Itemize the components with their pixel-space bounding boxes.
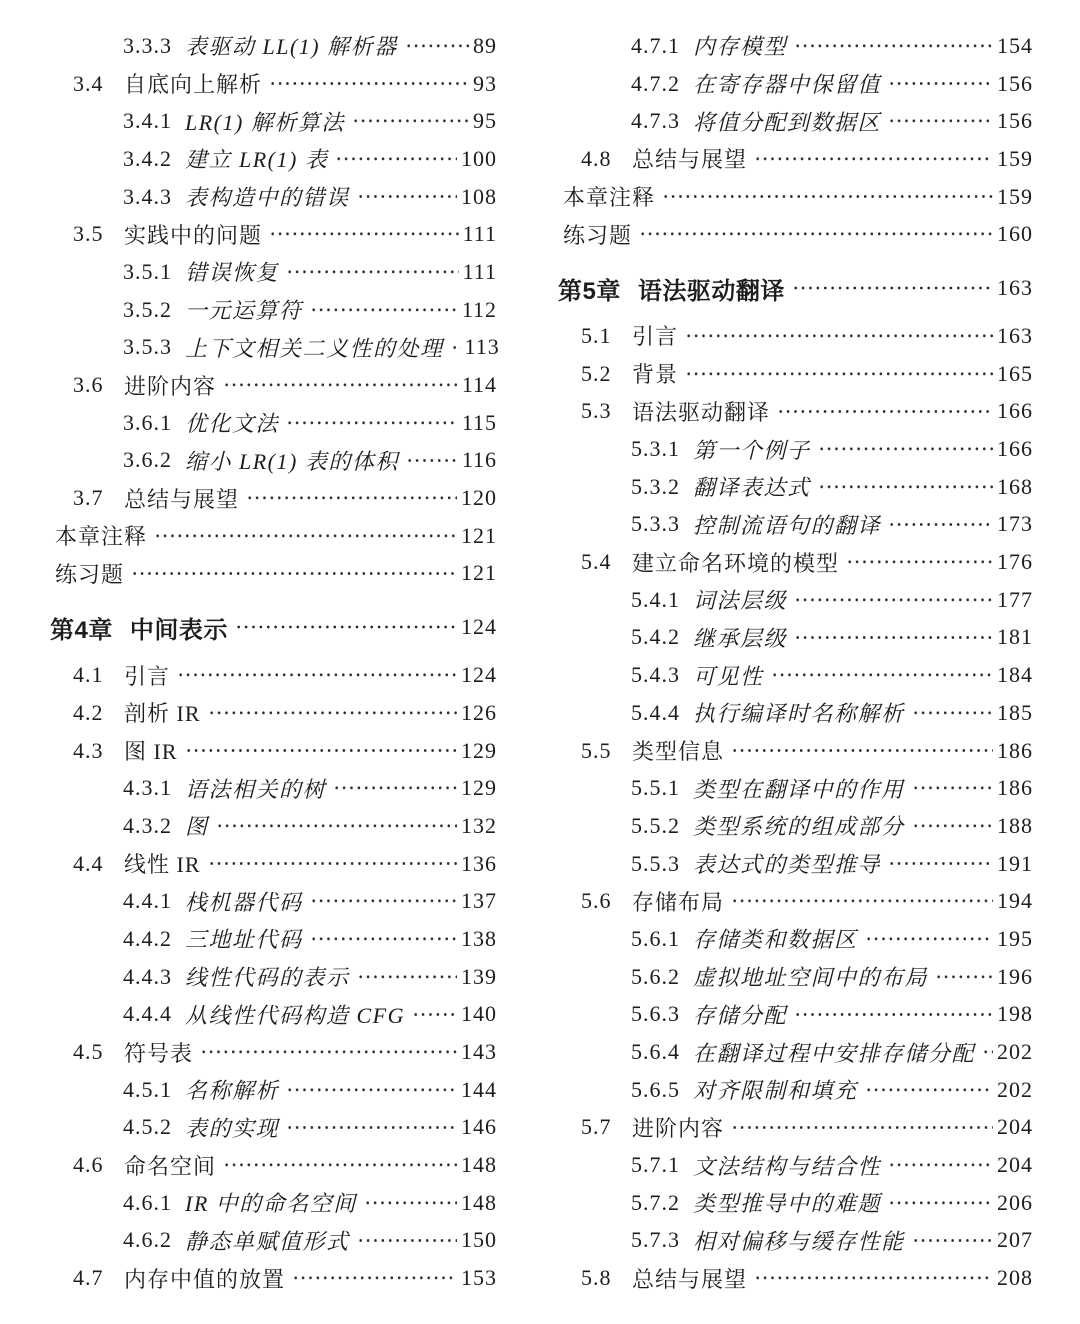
toc-entry-row: 4.7.1内存模型154 [558, 27, 1033, 65]
toc-entry-row: 3.6.2缩小 LR(1) 表的体积116 [50, 442, 497, 480]
entry-page-number: 160 [997, 221, 1033, 247]
toc-entry-row: 5.1引言163 [558, 317, 1033, 355]
entry-number: 5.4.3 [631, 662, 693, 688]
toc-entry-row: 4.4.1栈机器代码137 [50, 882, 497, 920]
entry-number: 4.6.1 [123, 1190, 185, 1216]
entry-page-number: 89 [473, 33, 497, 59]
entry-page-number: 204 [997, 1114, 1033, 1140]
dot-leader [771, 656, 993, 694]
entry-page-number: 186 [997, 775, 1033, 801]
entry-title: 线性代码的表示 [185, 961, 350, 992]
entry-page-number: 121 [461, 560, 497, 586]
toc-entry-row: 3.5.1错误恢复111 [50, 253, 497, 291]
entry-page-number: 132 [461, 813, 497, 839]
entry-title: 建立 LR(1) 表 [185, 143, 328, 174]
entry-title: 内存模型 [693, 30, 787, 61]
toc-column-left: 3.3.3表驱动 LL(1) 解析器893.4自底向上解析933.4.1LR(1… [50, 27, 497, 1297]
entry-title: 存储类和数据区 [693, 923, 858, 954]
toc-entry-row: 4.4.3线性代码的表示139 [50, 958, 497, 996]
entry-title: 本章注释 [563, 181, 655, 212]
entry-title: 虚拟地址空间中的布局 [693, 961, 928, 992]
entry-number: 5.6.5 [631, 1077, 693, 1103]
dot-leader [912, 769, 993, 807]
toc-page: 3.3.3表驱动 LL(1) 解析器893.4自底向上解析933.4.1LR(1… [0, 0, 1080, 1297]
entry-title: 线性 IR [124, 848, 201, 879]
entry-number: 4.4.1 [123, 888, 185, 914]
entry-title: 错误恢复 [185, 256, 279, 287]
entry-page-number: 163 [997, 275, 1033, 301]
entry-number: 4.7.1 [631, 33, 693, 59]
toc-entry-row: 5.6.2虚拟地址空间中的布局196 [558, 958, 1033, 996]
dot-leader [286, 253, 459, 291]
toc-entry-row: 4.2剖析 IR126 [50, 694, 497, 732]
toc-chapter-row: 第4章中间表示124 [50, 604, 497, 650]
entry-page-number: 143 [461, 1039, 497, 1065]
entry-page-number: 191 [997, 851, 1033, 877]
entry-title: 从线性代码构造 CFG [185, 999, 405, 1030]
entry-number: 5.5.1 [631, 775, 693, 801]
entry-page-number: 154 [997, 33, 1033, 59]
entry-page-number: 177 [997, 587, 1033, 613]
entry-number: 3.5.1 [123, 259, 185, 285]
entry-page-number: 115 [462, 410, 497, 436]
toc-entry-row: 5.3.1第一个例子166 [558, 430, 1033, 468]
toc-entry-row: 5.3语法驱动翻译166 [558, 393, 1033, 431]
entry-title: 在寄存器中保留值 [693, 68, 881, 99]
entry-page-number: 156 [997, 108, 1033, 134]
entry-title: 类型系统的组成部分 [693, 810, 905, 841]
toc-entry-row: 4.7.2在寄存器中保留值156 [558, 65, 1033, 103]
toc-entry-row: 3.5.2一元运算符112 [50, 291, 497, 329]
dot-leader [216, 807, 457, 845]
dot-leader [357, 178, 457, 216]
entry-page-number: 168 [997, 474, 1033, 500]
chapter-title: 中间表示 [130, 610, 228, 645]
entry-number: 4.3 [73, 738, 124, 764]
entry-number: 5.3.2 [631, 474, 693, 500]
entry-number: 3.5 [73, 221, 124, 247]
entry-page-number: 176 [997, 549, 1033, 575]
entry-page-number: 148 [461, 1152, 497, 1178]
dot-leader [794, 581, 993, 619]
entry-title: 名称解析 [185, 1074, 279, 1105]
entry-page-number: 156 [997, 71, 1033, 97]
entry-number: 4.3.2 [123, 813, 185, 839]
toc-entry-row: 4.1引言124 [50, 656, 497, 694]
entry-title: 表的实现 [185, 1112, 279, 1143]
entry-page-number: 112 [462, 297, 497, 323]
entry-page-number: 136 [461, 851, 497, 877]
entry-page-number: 111 [463, 259, 497, 285]
entry-number: 3.6.2 [123, 447, 185, 473]
toc-entry-row: 4.3.2图132 [50, 807, 497, 845]
entry-page-number: 124 [461, 614, 497, 640]
toc-entry-row: 5.4.1词法层级177 [558, 581, 1033, 619]
chapter-title: 语法驱动翻译 [638, 271, 785, 306]
entry-number: 4.8 [581, 146, 632, 172]
entry-title: 第一个例子 [693, 434, 811, 465]
toc-entry-row: 5.4建立命名环境的模型176 [558, 543, 1033, 581]
entry-title: 引言 [124, 660, 170, 691]
entry-page-number: 121 [461, 523, 497, 549]
entry-page-number: 116 [462, 447, 497, 473]
entry-title: 三地址代码 [185, 923, 303, 954]
toc-entry-row: 4.3.1语法相关的树129 [50, 769, 497, 807]
dot-leader [269, 65, 469, 103]
entry-number: 3.4 [73, 71, 124, 97]
entry-title: 剖析 IR [124, 697, 201, 728]
entry-page-number: 124 [461, 662, 497, 688]
chapter-number: 第4章 [50, 610, 113, 645]
entry-page-number: 148 [461, 1190, 497, 1216]
dot-leader [818, 468, 993, 506]
entry-page-number: 137 [461, 888, 497, 914]
entry-title: 总结与展望 [124, 483, 239, 514]
entry-number: 4.6 [73, 1152, 124, 1178]
entry-page-number: 111 [463, 221, 497, 247]
entry-page-number: 120 [461, 485, 497, 511]
toc-entry-row: 5.4.4执行编译时名称解析185 [558, 694, 1033, 732]
dot-leader [310, 920, 457, 958]
entry-page-number: 129 [461, 738, 497, 764]
toc-entry-row: 5.4.2继承层级181 [558, 619, 1033, 657]
entry-title: 可见性 [693, 660, 764, 691]
entry-page-number: 163 [997, 323, 1033, 349]
dot-leader [185, 732, 457, 770]
entry-page-number: 166 [997, 398, 1033, 424]
dot-leader [406, 442, 458, 480]
entry-title: 类型在翻译中的作用 [693, 773, 905, 804]
entry-title: 翻译表达式 [693, 471, 811, 502]
toc-entry-row: 5.2背景165 [558, 355, 1033, 393]
toc-entry-row: 5.6.1存储类和数据区195 [558, 920, 1033, 958]
dot-leader [888, 506, 993, 544]
entry-number: 5.7 [581, 1114, 632, 1140]
entry-title: 进阶内容 [632, 1112, 724, 1143]
entry-title: 对齐限制和填充 [693, 1074, 858, 1105]
toc-entry-row: 5.7.3相对偏移与缓存性能207 [558, 1222, 1033, 1260]
dot-leader [731, 1109, 993, 1147]
dot-leader [888, 1146, 993, 1184]
entry-number: 5.6.4 [631, 1039, 693, 1065]
dot-leader [818, 430, 993, 468]
entry-page-number: 195 [997, 926, 1033, 952]
toc-entry-row: 4.5.1名称解析144 [50, 1071, 497, 1109]
dot-leader [208, 845, 457, 883]
entry-page-number: 165 [997, 361, 1033, 387]
entry-number: 3.4.1 [123, 108, 185, 134]
entry-title: 执行编译时名称解析 [693, 697, 905, 728]
entry-number: 3.7 [73, 485, 124, 511]
toc-entry-row: 5.5.2类型系统的组成部分188 [558, 807, 1033, 845]
entry-page-number: 173 [997, 511, 1033, 537]
entry-number: 4.7.3 [631, 108, 693, 134]
entry-number: 3.5.3 [123, 334, 185, 360]
entry-page-number: 95 [473, 108, 497, 134]
entry-title: 一元运算符 [185, 294, 303, 325]
toc-entry-row: 5.6.5对齐限制和填充202 [558, 1071, 1033, 1109]
entry-title: 背景 [632, 358, 678, 389]
toc-entry-row: 5.7.2类型推导中的难题206 [558, 1184, 1033, 1222]
entry-title: 进阶内容 [124, 370, 216, 401]
dot-leader [131, 555, 457, 593]
dot-leader [451, 329, 461, 367]
dot-leader [335, 140, 457, 178]
entry-number: 5.2 [581, 361, 632, 387]
entry-number: 4.5.1 [123, 1077, 185, 1103]
toc-entry-row: 3.7总结与展望120 [50, 479, 497, 517]
entry-title: 本章注释 [55, 520, 147, 551]
entry-page-number: 140 [461, 1001, 497, 1027]
entry-title: 总结与展望 [632, 143, 747, 174]
entry-title: 图 IR [124, 735, 178, 766]
entry-page-number: 146 [461, 1114, 497, 1140]
toc-entry-row: 练习题121 [50, 555, 497, 593]
entry-page-number: 150 [461, 1227, 497, 1253]
dot-leader [412, 996, 457, 1034]
toc-entry-row: 3.3.3表驱动 LL(1) 解析器89 [50, 27, 497, 65]
entry-title: 相对偏移与缓存性能 [693, 1225, 905, 1256]
dot-leader [912, 807, 993, 845]
toc-entry-row: 4.6.1IR 中的命名空间148 [50, 1184, 497, 1222]
entry-page-number: 129 [461, 775, 497, 801]
entry-number: 4.5 [73, 1039, 124, 1065]
toc-entry-row: 3.6进阶内容114 [50, 366, 497, 404]
toc-entry-row: 4.5符号表143 [50, 1033, 497, 1071]
dot-leader [777, 393, 993, 431]
dot-leader [731, 882, 993, 920]
entry-title: 命名空间 [124, 1150, 216, 1181]
toc-entry-row: 5.3.3控制流语句的翻译173 [558, 506, 1033, 544]
entry-page-number: 126 [461, 700, 497, 726]
dot-leader [405, 27, 469, 65]
entry-number: 3.5.2 [123, 297, 185, 323]
entry-title: 词法层级 [693, 584, 787, 615]
entry-page-number: 108 [461, 184, 497, 210]
toc-entry-row: 5.6.3存储分配198 [558, 996, 1033, 1034]
entry-page-number: 202 [997, 1039, 1033, 1065]
toc-entry-row: 本章注释159 [558, 178, 1033, 216]
toc-entry-row: 5.7进阶内容204 [558, 1109, 1033, 1147]
entry-number: 5.6.1 [631, 926, 693, 952]
entry-title: 自底向上解析 [124, 68, 262, 99]
dot-leader [223, 366, 458, 404]
entry-number: 3.4.3 [123, 184, 185, 210]
toc-entry-row: 3.5.3上下文相关二义性的处理113 [50, 329, 497, 367]
entry-page-number: 204 [997, 1152, 1033, 1178]
entry-title: 控制流语句的翻译 [693, 509, 881, 540]
toc-entry-row: 4.7.3将值分配到数据区156 [558, 102, 1033, 140]
entry-page-number: 196 [997, 964, 1033, 990]
toc-entry-row: 5.5类型信息186 [558, 732, 1033, 770]
toc-entry-row: 3.4自底向上解析93 [50, 65, 497, 103]
entry-number: 3.6.1 [123, 410, 185, 436]
entry-number: 4.6.2 [123, 1227, 185, 1253]
entry-title: 优化文法 [185, 407, 279, 438]
entry-number: 4.4 [73, 851, 124, 877]
entry-number: 5.4 [581, 549, 632, 575]
entry-number: 5.7.1 [631, 1152, 693, 1178]
dot-leader [865, 920, 993, 958]
toc-entry-row: 4.6命名空间148 [50, 1146, 497, 1184]
toc-entry-row: 3.6.1优化文法115 [50, 404, 497, 442]
dot-leader [292, 1259, 457, 1297]
entry-number: 5.8 [581, 1265, 632, 1291]
entry-number: 4.4.3 [123, 964, 185, 990]
entry-page-number: 159 [997, 184, 1033, 210]
entry-page-number: 198 [997, 1001, 1033, 1027]
dot-leader [865, 1071, 993, 1109]
toc-entry-row: 4.4.4从线性代码构造 CFG140 [50, 996, 497, 1034]
entry-number: 5.4.1 [631, 587, 693, 613]
toc-entry-row: 5.5.3表达式的类型推导191 [558, 845, 1033, 883]
entry-title: 建立命名环境的模型 [632, 547, 839, 578]
entry-title: 表驱动 LL(1) 解析器 [185, 30, 398, 61]
entry-number: 4.2 [73, 700, 124, 726]
toc-entry-row: 3.5实践中的问题111 [50, 215, 497, 253]
entry-number: 4.7.2 [631, 71, 693, 97]
toc-entry-row: 练习题160 [558, 215, 1033, 253]
toc-entry-row: 4.8总结与展望159 [558, 140, 1033, 178]
dot-leader [685, 317, 993, 355]
entry-number: 3.3.3 [123, 33, 185, 59]
toc-chapter-row: 第5章语法驱动翻译163 [558, 265, 1033, 311]
dot-leader [208, 694, 457, 732]
entry-title: 语法相关的树 [185, 773, 326, 804]
entry-number: 5.1 [581, 323, 632, 349]
entry-number: 3.4.2 [123, 146, 185, 172]
entry-page-number: 113 [465, 334, 500, 360]
dot-leader [364, 1184, 457, 1222]
dot-leader [731, 732, 993, 770]
entry-number: 5.3.1 [631, 436, 693, 462]
entry-title: 练习题 [55, 558, 124, 589]
entry-title: 存储布局 [632, 886, 724, 917]
entry-page-number: 138 [461, 926, 497, 952]
entry-title: 栈机器代码 [185, 886, 303, 917]
dot-leader [685, 355, 993, 393]
entry-number: 5.3.3 [631, 511, 693, 537]
entry-title: 静态单赋值形式 [185, 1225, 350, 1256]
dot-leader [177, 656, 457, 694]
entry-page-number: 206 [997, 1190, 1033, 1216]
entry-number: 4.1 [73, 662, 124, 688]
entry-title: 存储分配 [693, 999, 787, 1030]
entry-page-number: 166 [997, 436, 1033, 462]
dot-leader [888, 65, 993, 103]
dot-leader [235, 604, 457, 650]
entry-title: 缩小 LR(1) 表的体积 [185, 445, 399, 476]
entry-title: 总结与展望 [632, 1263, 747, 1294]
toc-entry-row: 3.4.1LR(1) 解析算法95 [50, 102, 497, 140]
entry-title: 引言 [632, 320, 678, 351]
entry-page-number: 93 [473, 71, 497, 97]
dot-leader [754, 140, 993, 178]
dot-leader [888, 102, 993, 140]
toc-entry-row: 4.6.2静态单赋值形式150 [50, 1222, 497, 1260]
entry-number: 5.4.2 [631, 624, 693, 650]
dot-leader [310, 291, 458, 329]
dot-leader [754, 1259, 993, 1297]
entry-page-number: 194 [997, 888, 1033, 914]
entry-page-number: 185 [997, 700, 1033, 726]
entry-number: 5.5 [581, 738, 632, 764]
toc-entry-row: 本章注释121 [50, 517, 497, 555]
toc-entry-row: 4.4.2三地址代码138 [50, 920, 497, 958]
dot-leader [357, 1222, 457, 1260]
entry-page-number: 153 [461, 1265, 497, 1291]
dot-leader [286, 404, 458, 442]
dot-leader [200, 1033, 457, 1071]
dot-leader [286, 1071, 457, 1109]
entry-number: 5.6.2 [631, 964, 693, 990]
toc-entry-row: 3.4.3表构造中的错误108 [50, 178, 497, 216]
dot-leader [912, 1222, 993, 1260]
entry-number: 5.7.3 [631, 1227, 693, 1253]
toc-entry-row: 5.4.3可见性184 [558, 656, 1033, 694]
entry-page-number: 186 [997, 738, 1033, 764]
toc-column-right: 4.7.1内存模型1544.7.2在寄存器中保留值1564.7.3将值分配到数据… [558, 27, 1033, 1297]
dot-leader [269, 215, 459, 253]
entry-title: LR(1) 解析算法 [185, 106, 345, 137]
entry-title: 上下文相关二义性的处理 [185, 332, 444, 363]
entry-number: 4.7 [73, 1265, 124, 1291]
dot-leader [846, 543, 993, 581]
dot-leader [792, 265, 993, 311]
dot-leader [794, 27, 993, 65]
entry-title: 表达式的类型推导 [693, 848, 881, 879]
dot-leader [286, 1109, 457, 1147]
entry-number: 5.5.3 [631, 851, 693, 877]
entry-number: 4.5.2 [123, 1114, 185, 1140]
entry-title: 练习题 [563, 219, 632, 250]
entry-page-number: 114 [462, 372, 497, 398]
entry-title: 文法结构与结合性 [693, 1150, 881, 1181]
entry-title: 将值分配到数据区 [693, 106, 881, 137]
entry-title: 表构造中的错误 [185, 181, 350, 212]
entry-number: 4.4.4 [123, 1001, 185, 1027]
dot-leader [357, 958, 457, 996]
entry-page-number: 188 [997, 813, 1033, 839]
dot-leader [310, 882, 457, 920]
dot-leader [639, 215, 993, 253]
dot-leader [154, 517, 457, 555]
toc-entry-row: 5.6.4在翻译过程中安排存储分配202 [558, 1033, 1033, 1071]
dot-leader [223, 1146, 457, 1184]
entry-title: 继承层级 [693, 622, 787, 653]
toc-entry-row: 4.7内存中值的放置153 [50, 1259, 497, 1297]
entry-number: 5.3 [581, 398, 632, 424]
dot-leader [246, 479, 457, 517]
entry-number: 4.4.2 [123, 926, 185, 952]
entry-title: 在翻译过程中安排存储分配 [693, 1037, 975, 1068]
entry-title: 符号表 [124, 1037, 193, 1068]
entry-page-number: 159 [997, 146, 1033, 172]
chapter-number: 第5章 [558, 271, 621, 306]
entry-number: 5.6.3 [631, 1001, 693, 1027]
toc-entry-row: 4.4线性 IR136 [50, 845, 497, 883]
dot-leader [935, 958, 993, 996]
dot-leader [662, 178, 993, 216]
entry-title: IR 中的命名空间 [185, 1187, 357, 1218]
entry-page-number: 208 [997, 1265, 1033, 1291]
entry-page-number: 139 [461, 964, 497, 990]
entry-number: 5.7.2 [631, 1190, 693, 1216]
entry-title: 实践中的问题 [124, 219, 262, 250]
entry-page-number: 184 [997, 662, 1033, 688]
toc-entry-row: 5.3.2翻译表达式168 [558, 468, 1033, 506]
toc-entry-row: 5.5.1类型在翻译中的作用186 [558, 769, 1033, 807]
